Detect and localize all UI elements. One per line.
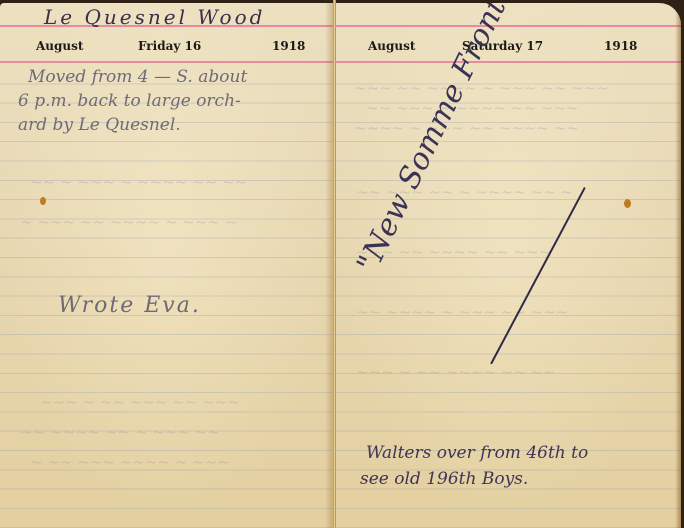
show-through-text: ~~ ~~~~ ~~ ~ ~~~ ~~ — [20, 423, 220, 441]
rust-stain — [624, 199, 631, 208]
left-entry-line-1: Moved from 4 — S. about — [28, 67, 247, 87]
show-through-text: ~~~ ~ ~~ ~~~ ~~ ~~~ — [40, 393, 240, 411]
right-entry-line-1: Walters over from 46th to — [366, 443, 588, 463]
header-bottom-rule — [336, 61, 681, 63]
show-through-text: ~~ ~~~~ ~ ~~~ ~~ ~~~ — [356, 303, 568, 321]
header-bottom-rule — [0, 61, 333, 63]
location-title: Le Quesnel Wood — [44, 5, 265, 29]
right-entry-line-2: see old 196th Boys. — [360, 469, 528, 489]
left-day: Friday 16 — [138, 39, 201, 53]
show-through-text: ~ ~~~ ~~ ~~~~ ~ ~~~ ~ — [20, 213, 237, 231]
left-page-header: August Friday 16 1918 — [0, 39, 333, 57]
left-entry-line-3: ard by Le Quesnel. — [18, 115, 181, 135]
left-note: Wrote Eva. — [58, 293, 201, 318]
right-year: 1918 — [604, 39, 637, 53]
show-through-text: ~~~~ ~ ~~~ ~~ ~~~~ ~~ — [354, 119, 579, 137]
rust-stain — [40, 197, 46, 205]
header-top-rule — [336, 25, 681, 27]
show-through-text: ~~ ~~~ ~ ~~~~ ~~ ~~~ — [366, 99, 578, 117]
left-entry-line-2: 6 p.m. back to large orch- — [18, 91, 241, 111]
open-diary: Le Quesnel Wood August Friday 16 1918 Mo… — [0, 0, 684, 528]
right-month: August — [368, 39, 415, 53]
left-page: Le Quesnel Wood August Friday 16 1918 Mo… — [0, 3, 333, 528]
left-year: 1918 — [272, 39, 305, 53]
show-through-text: ~~ ~ ~~~ ~ ~~~~ ~~ ~~ — [30, 173, 247, 191]
right-page: August Saturday 17 1918 ~~~ ~~ ~~~~ ~ ~~… — [336, 3, 681, 528]
show-through-text: ~ ~~ ~~~ ~~~~ ~ ~~~ — [30, 453, 230, 471]
left-month: August — [36, 39, 83, 53]
show-through-text: ~~~ ~~ ~~~~ ~ ~~~ ~~ ~~~ — [354, 79, 609, 97]
right-page-header: August Saturday 17 1918 — [336, 39, 681, 57]
show-through-text: ~~~ ~ ~~ ~~~~ ~~ ~~ — [356, 363, 556, 381]
